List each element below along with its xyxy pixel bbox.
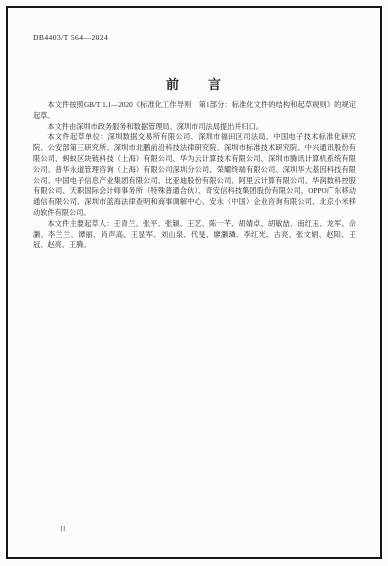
document-page: DB4403/T 564—2024 前 言 本文件按照GB/T 1.1—2020…: [0, 0, 388, 566]
paragraph-drafting-organizations: 本文件起草单位：深圳数据交易所有限公司、深圳市福田区司法局、中国电子技术标准化研…: [33, 132, 356, 218]
standard-number: DB4403/T 564—2024: [33, 33, 108, 42]
foreword-title: 前 言: [0, 74, 388, 93]
paragraph-proposing-bodies: 本文件由深圳市政务服务和数据管理局、深圳市司法局提出并归口。: [33, 122, 356, 133]
paragraph-drafting-rules: 本文件按照GB/T 1.1—2020《标准化工作导则 第1部分：标准化文件的结构…: [33, 100, 356, 122]
paragraph-main-drafters: 本文件主要起草人：王青兰、张平、张颖、王艺、陈一芊、胡婧卓、胡敏喆、南红玉、龙军…: [33, 219, 356, 251]
page-number: II: [60, 524, 66, 533]
foreword-body: 本文件按照GB/T 1.1—2020《标准化工作导则 第1部分：标准化文件的结构…: [33, 100, 356, 251]
